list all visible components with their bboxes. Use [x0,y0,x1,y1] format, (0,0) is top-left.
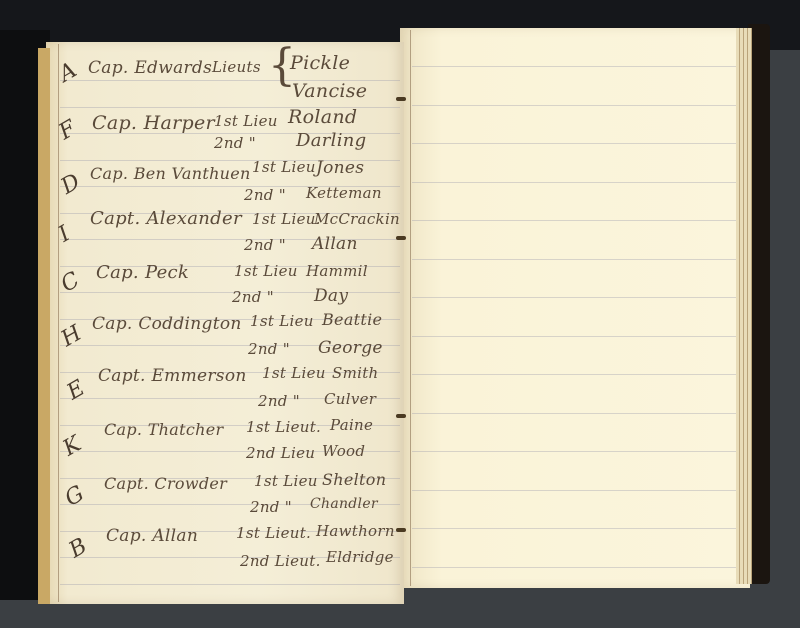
first-lieut-name: Hammil [306,262,368,280]
captain-name: Capt. Alexander [90,208,242,229]
ruled-line [412,66,736,67]
ruled-line [412,143,736,144]
gutter-line [410,30,411,586]
second-lieut-name: Culver [324,390,376,408]
captain-name: Capt. Emmerson [98,366,247,386]
first-lieut-name: Hawthorn [316,522,395,540]
first-lieut-name: Paine [330,416,373,434]
binding-stitch [396,236,406,240]
binding-stitch [396,528,406,532]
first-lieut-label: 1st Lieu [234,262,298,280]
second-lieut-label: 2nd " [248,340,290,358]
second-lieut-name: Wood [322,442,365,460]
binding-stitch [396,97,406,101]
second-lieut-label: 2nd " [244,186,286,204]
second-lieut-label: 2nd " [250,498,292,516]
page-edge-gilt [38,48,50,604]
binding-stitch [396,414,406,418]
first-lieut-name: Pickle [290,52,350,74]
first-lieut-label: 1st Lieu. [252,210,321,228]
ruled-line [412,451,736,452]
second-lieut-name: Chandler [310,496,378,512]
ruled-line [412,220,736,221]
second-lieut-name: Ketteman [306,184,382,202]
first-lieut-label: 1st Lieu [262,364,326,382]
ruled-line [412,567,736,568]
ruled-line [412,374,736,375]
captain-name: Cap. Allan [106,526,198,546]
right-page [400,28,750,588]
lieut-label: Lieuts [212,58,261,76]
captain-name: Cap. Harper [92,112,215,134]
first-lieut-name: Shelton [322,470,386,489]
second-lieut-name: Vancise [292,80,367,102]
ruled-line [412,182,736,183]
ruled-line [412,528,736,529]
captain-name: Cap. Ben Vanthuen [90,164,251,183]
first-lieut-name: Roland [288,106,357,128]
second-lieut-label: 2nd " [214,134,256,152]
first-lieut-name: Jones [316,158,364,178]
second-lieut-name: Darling [296,130,367,151]
first-lieut-label: 1st Lieut. [236,524,311,542]
captain-name: Cap. Coddington [92,314,242,334]
second-lieut-name: Eldridge [326,548,394,566]
second-lieut-label: 2nd " [258,392,300,410]
ruled-line [412,297,736,298]
second-lieut-name: George [318,338,383,358]
ruled-line [412,336,736,337]
ruled-line [412,105,736,106]
second-lieut-label: 2nd Lieu [246,444,315,462]
ruled-line [412,259,736,260]
page-edges [736,28,752,584]
first-lieut-name: Beattie [322,310,382,329]
captain-name: Cap. Thatcher [104,420,223,439]
first-lieut-name: McCrackin [314,210,400,228]
second-lieut-label: 2nd " [232,288,274,306]
first-lieut-label: 1st Lieu [252,158,316,176]
captain-name: Capt. Crowder [104,474,227,493]
ruled-line [412,413,736,414]
second-lieut-label: 2nd " [244,236,286,254]
second-lieut-name: Day [314,286,348,306]
first-lieut-label: 1st Lieu [214,112,278,130]
first-lieut-label: 1st Lieu [250,312,314,330]
second-lieut-label: 2nd Lieut. [240,552,321,570]
ruled-line [60,584,400,585]
second-lieut-name: Allan [312,234,358,254]
ruled-line [412,490,736,491]
first-lieut-name: Smith [332,364,379,382]
first-lieut-label: 1st Lieut. [246,418,321,436]
captain-name: Cap. Peck [96,262,189,283]
first-lieut-label: 1st Lieu [254,472,318,490]
captain-name: Cap. Edwards [88,58,212,78]
ruled-line [60,292,400,293]
